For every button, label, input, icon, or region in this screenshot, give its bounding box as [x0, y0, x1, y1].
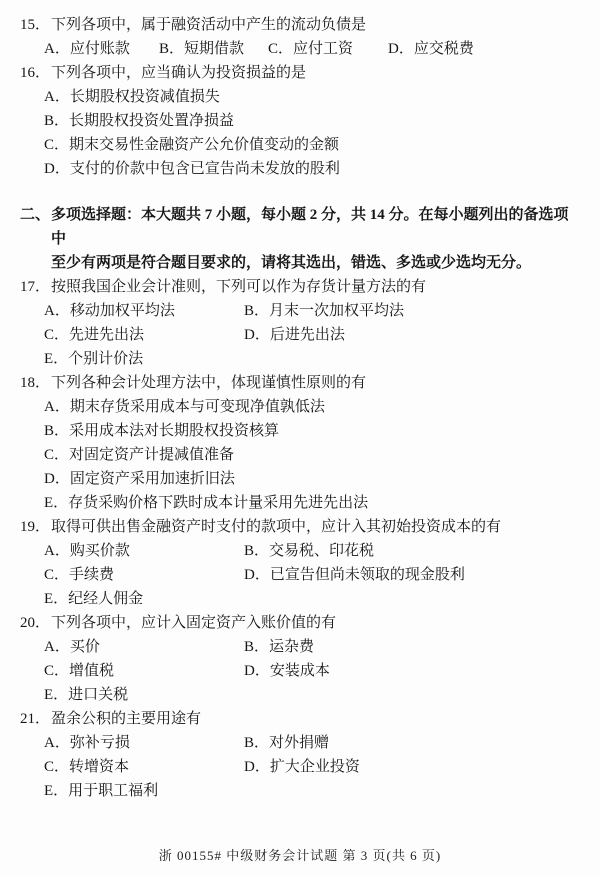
question-20-stem: 下列各项中，应计入固定资产入账价值的有 [51, 611, 582, 635]
q18-option-a: A．期末存货采用成本与可变现净值孰低法 [44, 395, 582, 419]
section-2-instructions: 多项选择题：本大题共 7 小题，每小题 2 分，共 14 分。在每小题列出的备选… [51, 203, 582, 275]
question-19-number: 19． [20, 515, 51, 539]
question-19: 19． 取得可供出售金融资产时支付的款项中，应计入其初始投资成本的有 A．购买价… [20, 515, 582, 611]
q20-option-d: D．安装成本 [244, 659, 582, 683]
question-18-line: 18． 下列各种会计处理方法中，体现谨慎性原则的有 [20, 371, 582, 395]
question-16-number: 16． [20, 61, 51, 85]
q19-option-e: E．纪经人佣金 [44, 587, 244, 611]
q17-option-e: E．个别计价法 [44, 347, 244, 371]
q20-option-a: A．买价 [44, 635, 244, 659]
section-2-header: 二、 多项选择题：本大题共 7 小题，每小题 2 分，共 14 分。在每小题列出… [20, 203, 582, 275]
question-20-number: 20． [20, 611, 51, 635]
q18-option-d: D．固定资产采用加速折旧法 [44, 467, 582, 491]
q19-option-a: A．购买价款 [44, 539, 244, 563]
q18-option-c: C．对固定资产计提减值准备 [44, 443, 582, 467]
question-21-options: A．弥补亏损 B．对外捐赠 C．转增资本 D．扩大企业投资 E．用于职工福利 [44, 731, 582, 803]
q19-option-c: C．手续费 [44, 563, 244, 587]
question-21-line: 21． 盈余公积的主要用途有 [20, 707, 582, 731]
q15-option-c: C．应付工资 [268, 37, 388, 61]
q20-option-e: E．进口关税 [44, 683, 244, 707]
question-16: 16． 下列各项中，应当确认为投资损益的是 A．长期股权投资减值损失 B．长期股… [20, 61, 582, 181]
page-footer: 浙 00155# 中级财务会计试题 第 3 页(共 6 页) [0, 845, 600, 864]
question-17-line: 17． 按照我国企业会计准则，下列可以作为存货计量方法的有 [20, 275, 582, 299]
question-15: 15． 下列各项中，属于融资活动中产生的流动负债是 A．应付账款 B．短期借款 … [20, 13, 582, 61]
q15-option-d: D．应交税费 [388, 37, 582, 61]
question-15-number: 15． [20, 13, 51, 37]
exam-page-content: 15． 下列各项中，属于融资活动中产生的流动负债是 A．应付账款 B．短期借款 … [0, 0, 600, 803]
q20-option-b: B．运杂费 [244, 635, 582, 659]
q20-option-c: C．增值税 [44, 659, 244, 683]
q16-option-a: A．长期股权投资减值损失 [44, 85, 582, 109]
q21-option-d: D．扩大企业投资 [244, 755, 582, 779]
question-16-line: 16． 下列各项中，应当确认为投资损益的是 [20, 61, 582, 85]
question-21-stem: 盈余公积的主要用途有 [51, 707, 582, 731]
q16-option-b: B．长期股权投资处置净损益 [44, 109, 582, 133]
q15-option-b: B．短期借款 [159, 37, 268, 61]
q17-option-a: A．移动加权平均法 [44, 299, 244, 323]
q21-option-e: E．用于职工福利 [44, 779, 244, 803]
q18-option-b: B．采用成本法对长期股权投资核算 [44, 419, 582, 443]
question-18-options: A．期末存货采用成本与可变现净值孰低法 B．采用成本法对长期股权投资核算 C．对… [44, 395, 582, 515]
question-20: 20． 下列各项中，应计入固定资产入账价值的有 A．买价 B．运杂费 C．增值税… [20, 611, 582, 707]
q17-option-c: C．先进先出法 [44, 323, 244, 347]
question-18-number: 18． [20, 371, 51, 395]
question-15-line: 15． 下列各项中，属于融资活动中产生的流动负债是 [20, 13, 582, 37]
q21-option-a: A．弥补亏损 [44, 731, 244, 755]
question-20-line: 20． 下列各项中，应计入固定资产入账价值的有 [20, 611, 582, 635]
question-21-number: 21． [20, 707, 51, 731]
q17-option-b: B．月末一次加权平均法 [244, 299, 582, 323]
section-2-instructions-line2: 至少有两项是符合题目要求的，请将其选出，错选、多选或少选均无分。 [51, 251, 582, 275]
q15-option-a: A．应付账款 [44, 37, 159, 61]
section-2-instructions-line1: 多项选择题：本大题共 7 小题，每小题 2 分，共 14 分。在每小题列出的备选… [51, 203, 582, 251]
section-2-number: 二、 [20, 203, 51, 275]
question-19-stem: 取得可供出售金融资产时支付的款项中，应计入其初始投资成本的有 [51, 515, 582, 539]
question-17-stem: 按照我国企业会计准则，下列可以作为存货计量方法的有 [51, 275, 582, 299]
q17-option-d: D．后进先出法 [244, 323, 582, 347]
q18-option-e: E．存货采购价格下跌时成本计量采用先进先出法 [44, 491, 582, 515]
question-19-options: A．购买价款 B．交易税、印花税 C．手续费 D．已宣告但尚未领取的现金股利 E… [44, 539, 582, 611]
question-19-line: 19． 取得可供出售金融资产时支付的款项中，应计入其初始投资成本的有 [20, 515, 582, 539]
question-18-stem: 下列各种会计处理方法中，体现谨慎性原则的有 [51, 371, 582, 395]
question-15-stem: 下列各项中，属于融资活动中产生的流动负债是 [51, 13, 582, 37]
q16-option-c: C．期末交易性金融资产公允价值变动的金额 [44, 133, 582, 157]
question-17-options: A．移动加权平均法 B．月末一次加权平均法 C．先进先出法 D．后进先出法 E．… [44, 299, 582, 371]
question-17: 17． 按照我国企业会计准则，下列可以作为存货计量方法的有 A．移动加权平均法 … [20, 275, 582, 371]
question-15-options: A．应付账款 B．短期借款 C．应付工资 D．应交税费 [44, 37, 582, 61]
question-17-number: 17． [20, 275, 51, 299]
q19-option-b: B．交易税、印花税 [244, 539, 582, 563]
question-16-options: A．长期股权投资减值损失 B．长期股权投资处置净损益 C．期末交易性金融资产公允… [44, 85, 582, 181]
q19-option-d: D．已宣告但尚未领取的现金股利 [244, 563, 582, 587]
exam-paper-scan: { "colors": { "paper": "#fdfdfd", "ink":… [0, 0, 600, 877]
question-20-options: A．买价 B．运杂费 C．增值税 D．安装成本 E．进口关税 [44, 635, 582, 707]
question-18: 18． 下列各种会计处理方法中，体现谨慎性原则的有 A．期末存货采用成本与可变现… [20, 371, 582, 515]
q16-option-d: D．支付的价款中包含已宣告尚未发放的股利 [44, 157, 582, 181]
question-21: 21． 盈余公积的主要用途有 A．弥补亏损 B．对外捐赠 C．转增资本 D．扩大… [20, 707, 582, 803]
q21-option-c: C．转增资本 [44, 755, 244, 779]
q21-option-b: B．对外捐赠 [244, 731, 582, 755]
question-16-stem: 下列各项中，应当确认为投资损益的是 [51, 61, 582, 85]
